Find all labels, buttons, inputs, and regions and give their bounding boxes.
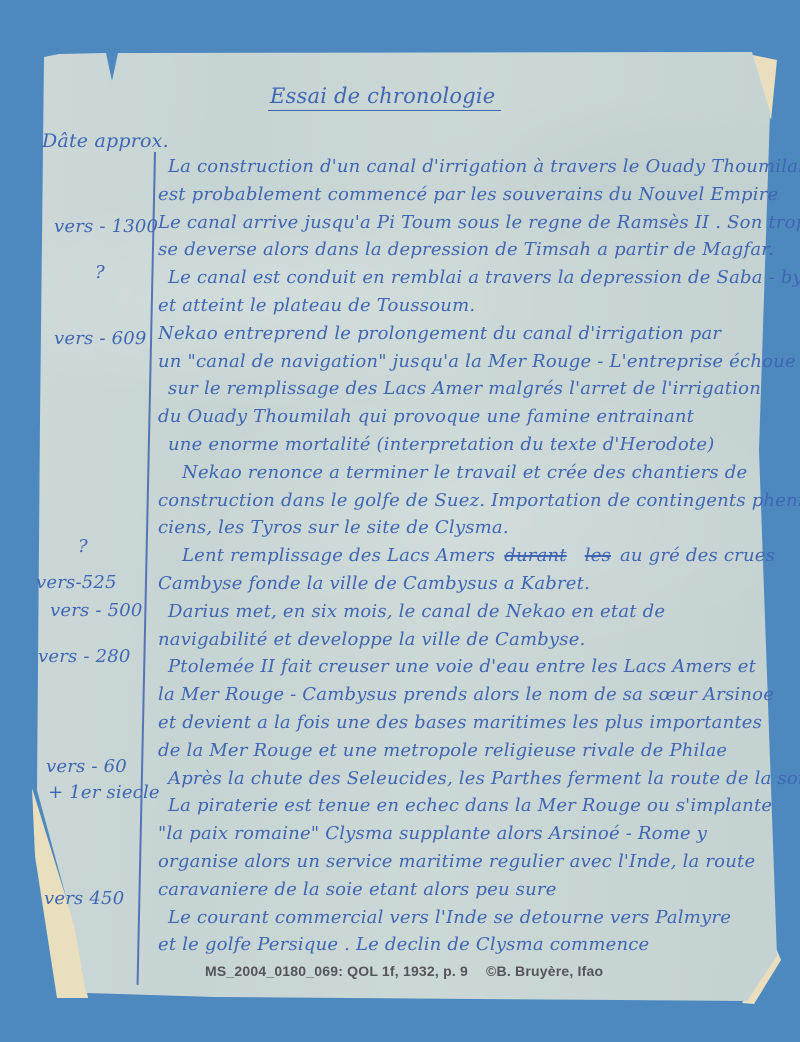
text-line: Le canal est conduit en remblai a traver… bbox=[158, 264, 774, 292]
text-line: la Mer Rouge - Cambysus prends alors le … bbox=[158, 681, 774, 709]
text-line: Après la chute des Seleucides, les Parth… bbox=[158, 765, 774, 793]
text-line: et devient a la fois une des bases marit… bbox=[158, 709, 774, 737]
margin-date-label: vers 450 bbox=[44, 888, 124, 909]
text-line: Nekao entreprend le prolongement du cana… bbox=[158, 320, 774, 348]
caption-copyright: ©B. Bruyère, Ifao bbox=[486, 963, 603, 979]
text-line: du Ouady Thoumilah qui provoque une fami… bbox=[158, 403, 774, 431]
caption-reference: MS_2004_0180_069: QOL 1f, 1932, p. 9 bbox=[205, 963, 468, 979]
text-line: Nekao renonce a terminer le travail et c… bbox=[158, 459, 774, 487]
text-line: La piraterie est tenue en echec dans la … bbox=[158, 792, 774, 820]
margin-date-label: vers-525 bbox=[36, 572, 117, 593]
body-text: La construction d'un canal d'irrigation … bbox=[158, 153, 774, 959]
text-line: Cambyse fonde la ville de Cambysus a Kab… bbox=[158, 570, 774, 598]
text-line: Le courant commercial vers l'Inde se det… bbox=[158, 904, 774, 932]
text-line: Darius met, en six mois, le canal de Nek… bbox=[158, 598, 774, 626]
text-line: construction dans le golfe de Suez. Impo… bbox=[158, 487, 774, 515]
text-line: de la Mer Rouge et une metropole religie… bbox=[158, 737, 774, 765]
margin-header: Dâte approx. bbox=[42, 130, 169, 152]
caption-row: MS_2004_0180_069: QOL 1f, 1932, p. 9 ©B.… bbox=[205, 963, 625, 979]
struck-text: durant bbox=[504, 545, 566, 566]
text-line: sur le remplissage des Lacs Amer malgrés… bbox=[158, 375, 774, 403]
text-line: et le golfe Persique . Le declin de Clys… bbox=[158, 931, 774, 959]
text-line: et atteint le plateau de Toussoum. bbox=[158, 292, 774, 320]
text-line: navigabilité et developpe la ville de Ca… bbox=[158, 626, 774, 654]
margin-date-label: vers - 60 bbox=[46, 756, 127, 777]
page-title: Essai de chronologie bbox=[268, 84, 501, 111]
text-line: une enorme mortalité (interpretation du … bbox=[158, 431, 774, 459]
text-line: Le canal arrive jusqu'a Pi Toum sous le … bbox=[158, 209, 774, 237]
text-segment: Lent remplissage des Lacs Amers bbox=[182, 545, 495, 566]
text-line: Lent remplissage des Lacs Amersdurantles… bbox=[158, 542, 774, 570]
margin-date-label: ? bbox=[95, 262, 105, 283]
margin-date-label: vers - 1300 bbox=[54, 216, 158, 237]
margin-date-label: vers - 500 bbox=[50, 600, 143, 621]
text-line: Ptolemée II fait creuser une voie d'eau … bbox=[158, 653, 774, 681]
margin-date-label: + 1er siecle bbox=[48, 782, 160, 803]
scan-background: Essai de chronologie Dâte approx. vers -… bbox=[0, 0, 800, 1042]
margin-date-label: vers - 609 bbox=[54, 328, 147, 349]
margin-date-label: vers - 280 bbox=[38, 646, 131, 667]
text-line: organise alors un service maritime regul… bbox=[158, 848, 774, 876]
text-segment: au gré des crues bbox=[620, 545, 775, 566]
text-line: La construction d'un canal d'irrigation … bbox=[158, 153, 774, 181]
text-line: "la paix romaine" Clysma supplante alors… bbox=[158, 820, 774, 848]
margin-date-label: ? bbox=[78, 536, 88, 557]
struck-text: les bbox=[585, 545, 611, 566]
text-line: caravaniere de la soie etant alors peu s… bbox=[158, 876, 774, 904]
text-line: est probablement commencé par les souver… bbox=[158, 181, 774, 209]
text-line: se deverse alors dans la depression de T… bbox=[158, 236, 774, 264]
text-line: un "canal de navigation" jusqu'a la Mer … bbox=[158, 348, 774, 376]
text-line: ciens, les Tyros sur le site de Clysma. bbox=[158, 514, 774, 542]
